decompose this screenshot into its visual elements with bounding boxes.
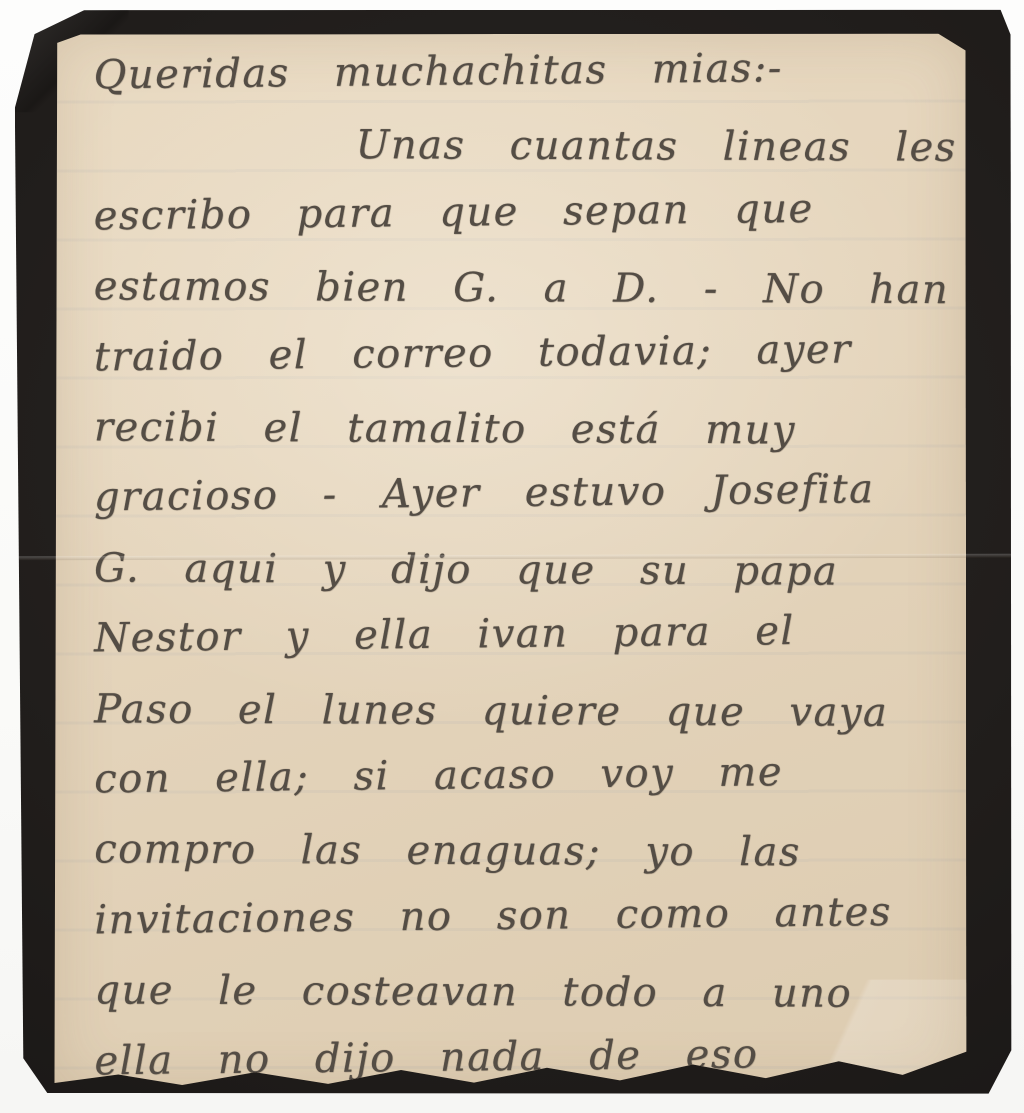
letter-scan: Queridas muchachitas mias:- Unas cuantas… bbox=[0, 0, 1024, 1113]
letter-line: Nestor y ella ivan para el bbox=[94, 595, 957, 674]
letter-line: gracioso - Ayer estuvo Josefita bbox=[94, 454, 957, 533]
letter-line: Queridas muchachitas mias:- bbox=[93, 31, 956, 110]
letter-line: ella no dijo nada de eso bbox=[94, 1017, 957, 1096]
letter-body: Queridas muchachitas mias:- Unas cuantas… bbox=[94, 40, 957, 1097]
letter-line: escribo para que sepan que bbox=[93, 172, 956, 251]
letter-line: invitaciones no son como antes bbox=[94, 876, 957, 955]
letter-line: traido el correo todavia; ayer bbox=[93, 313, 956, 392]
letter-line: con ella; si acaso voy me bbox=[94, 735, 957, 814]
letter-paper: Queridas muchachitas mias:- Unas cuantas… bbox=[54, 34, 967, 1091]
photo-mount-backing: Queridas muchachitas mias:- Unas cuantas… bbox=[15, 8, 1014, 1097]
